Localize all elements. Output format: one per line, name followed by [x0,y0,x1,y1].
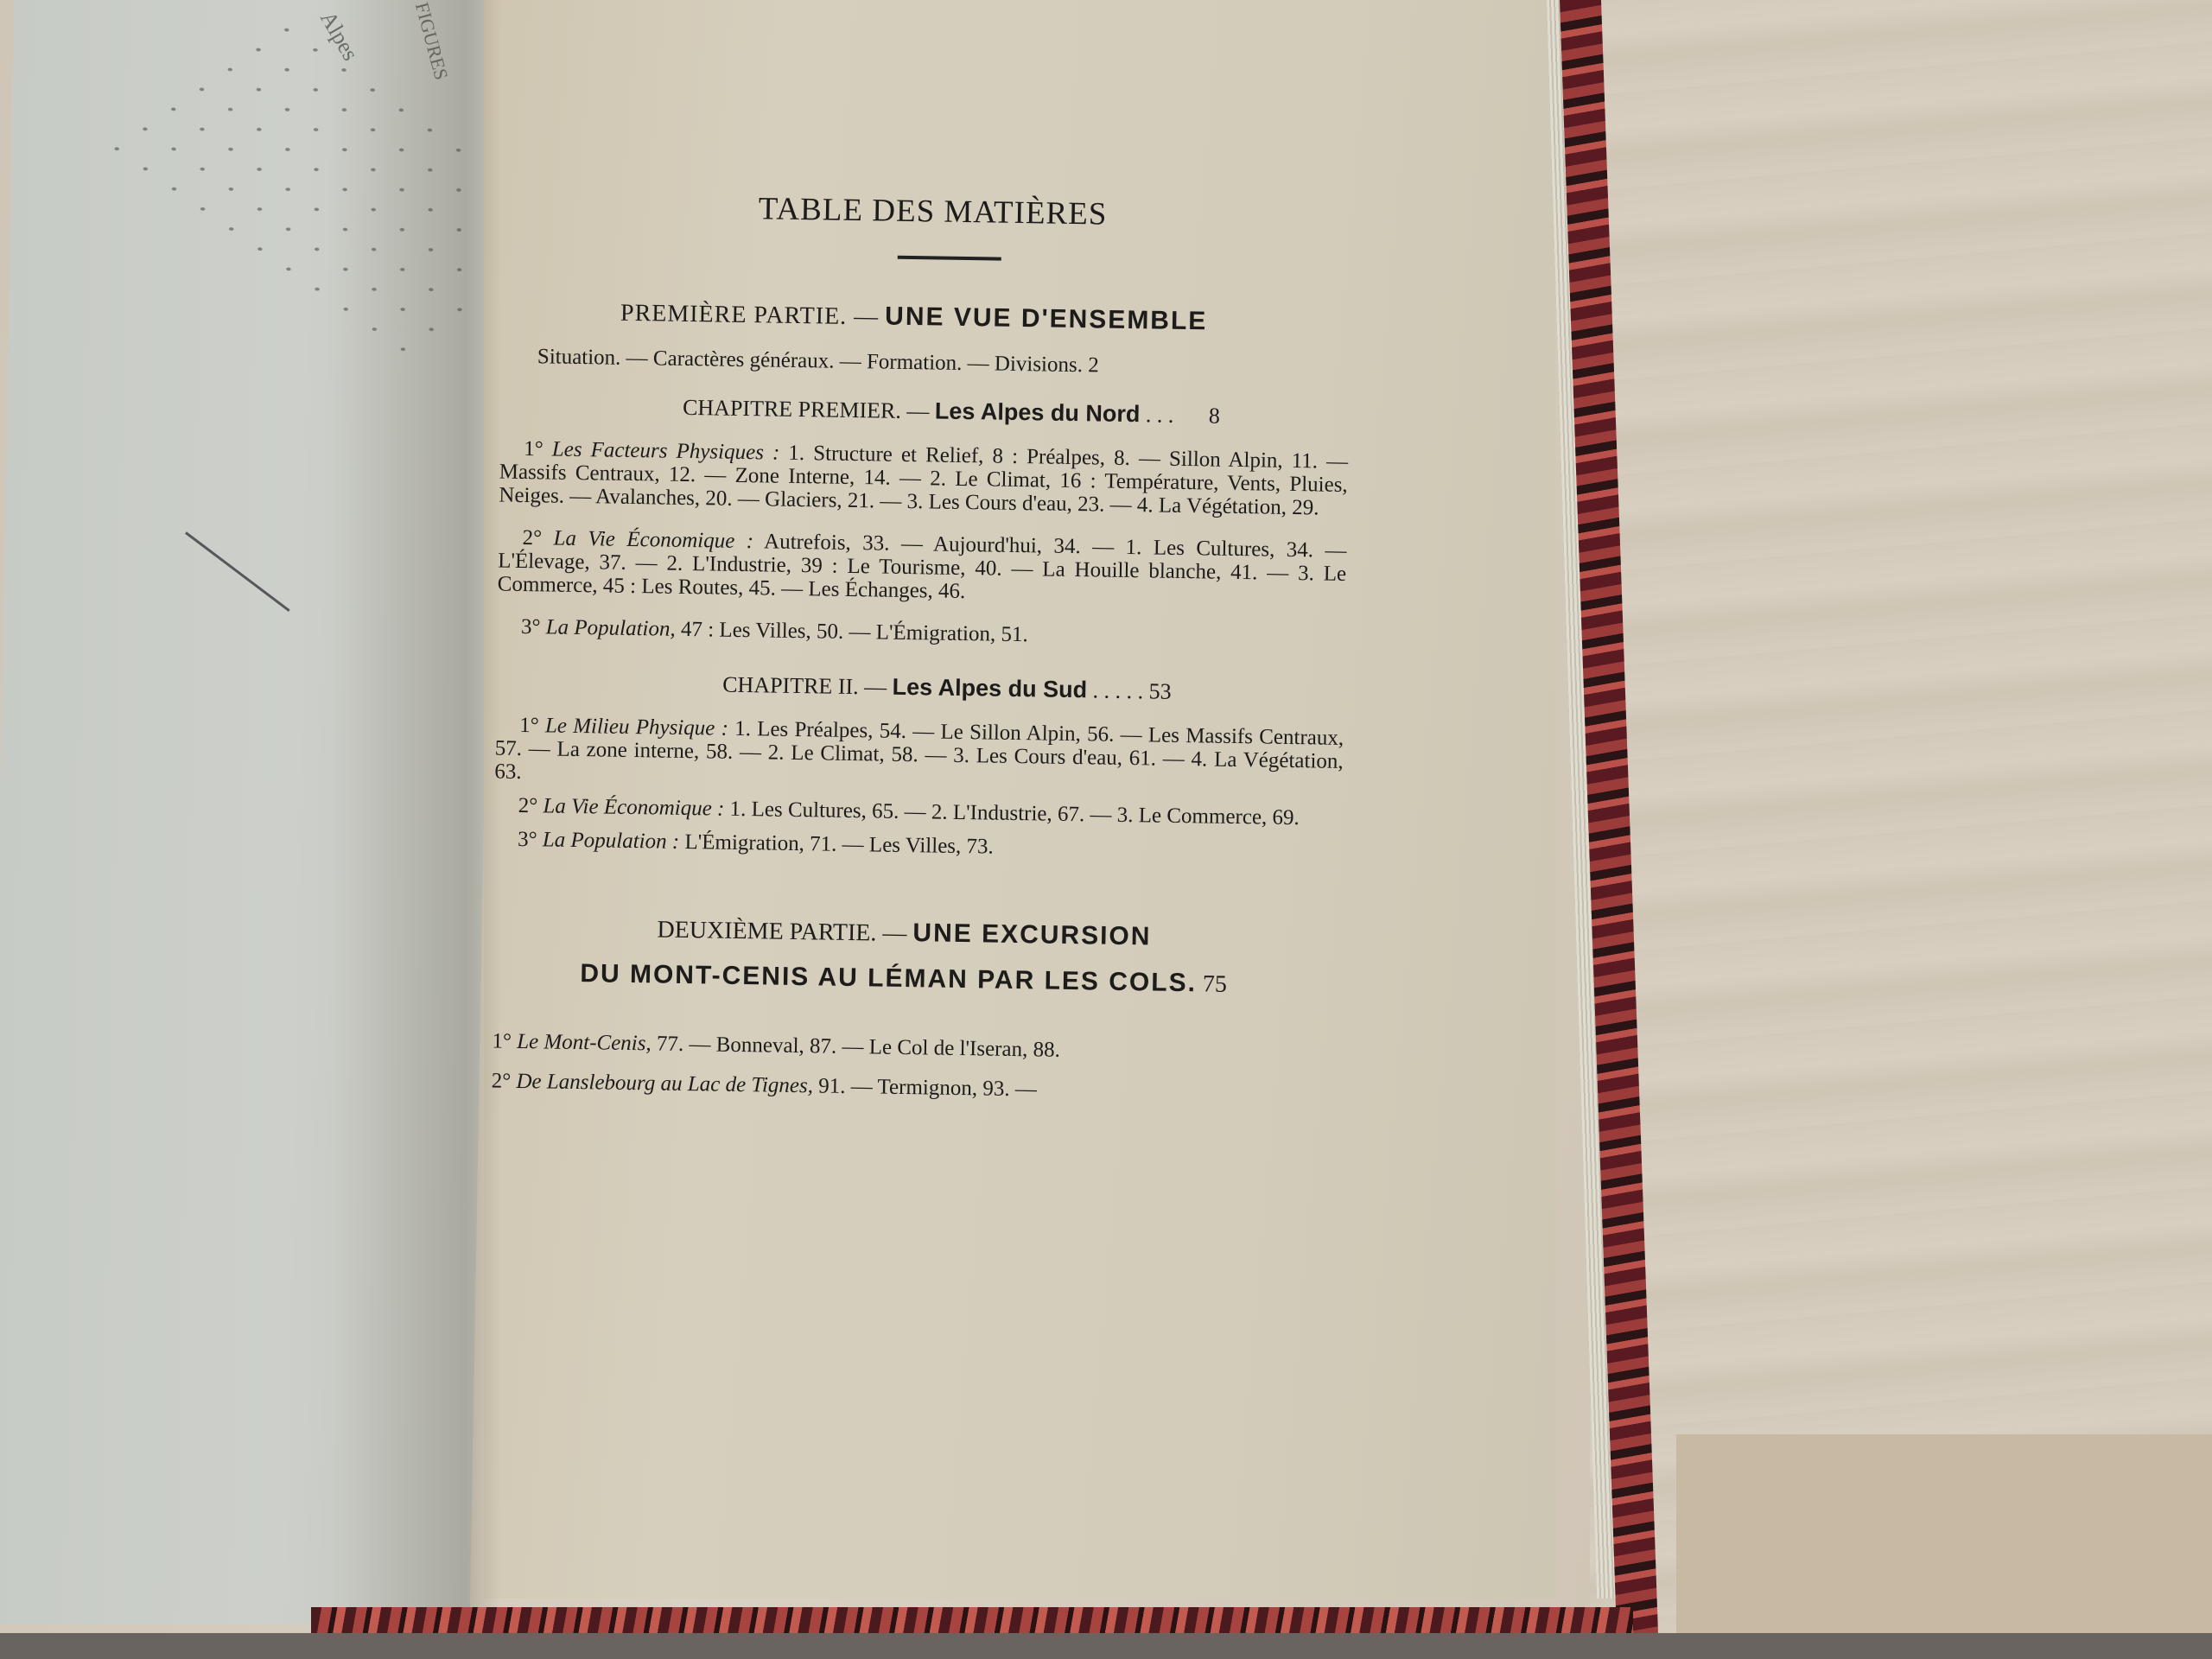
table-shadow-area [1676,1434,2212,1659]
part1-title: UNE VUE D'ENSEMBLE [885,302,1208,336]
section-heading: La Vie Économique : [553,527,753,554]
chapter1-heading: CHAPITRE PREMIER. — Les Alpes du Nord . … [545,391,1357,431]
section-text: 91. — Termignon, 93. — [818,1074,1037,1101]
section-heading: Les Facteurs Physiques : [552,438,780,465]
part1-label: PREMIÈRE PARTIE. — [620,300,880,331]
chapter2-heading: CHAPITRE II. — Les Alpes du Sud . . . . … [541,668,1353,708]
chapter1-page: 8 [1209,403,1220,429]
table-edge-shadow [0,1633,2212,1659]
part2-title-line2: DU MONT-CENIS AU LÉMAN PAR LES COLS. [580,959,1197,997]
chapter1-label: CHAPITRE PREMIER. — [683,395,930,423]
toc-entry: 1° Le Milieu Physique : 1. Les Préalpes,… [494,714,1344,797]
part2-label: DEUXIÈME PARTIE. — [657,916,906,947]
part2-entries: 1° Le Mont-Cenis, 77. — Bonneval, 87. — … [491,1022,1347,1116]
section-number: 1° [519,714,539,737]
part2-heading: DEUXIÈME PARTIE. — UNE EXCURSION DU MONT… [458,904,1350,1009]
chapter2-label: CHAPITRE II. — [722,672,887,700]
section-text: L'Émigration, 71. — Les Villes, 73. [684,830,994,859]
section-heading: De Lanslebourg au Lac de Tignes, [516,1070,813,1097]
chapter1-title: Les Alpes du Nord [935,397,1141,427]
section-text: 47 : Les Villes, 50. — L'Émigration, 51. [681,618,1028,646]
chapter1-leader: . . . [1146,402,1174,428]
part2-title-line1: UNE EXCURSION [912,918,1152,950]
section-number: 3° [518,828,537,851]
table-of-contents: TABLE DES MATIÈRES PREMIÈRE PARTIE. — UN… [456,186,1361,1115]
section-number: 1° [524,437,543,461]
chapter2-title: Les Alpes du Sud [892,674,1087,703]
section-number: 2° [522,526,542,550]
section-heading: Le Mont-Cenis, [517,1030,652,1055]
part1-heading: PREMIÈRE PARTIE. — UNE VUE D'ENSEMBLE [468,296,1358,339]
section-number: 1° [492,1030,512,1053]
toc-entry: 1° Les Facteurs Physiques : 1. Structure… [499,437,1348,520]
section-number: 2° [518,794,538,817]
chapter2-leader: . . . . . [1092,677,1143,703]
section-heading: Le Milieu Physique : [545,714,728,740]
section-text: 1. Les Cultures, 65. — 2. L'Industrie, 6… [729,798,1300,829]
chapter2-page: 53 [1148,678,1171,703]
toc-entry: 2° La Vie Économique : Autrefois, 33. — … [498,526,1347,609]
section-number: 2° [492,1070,512,1093]
section-text: 77. — Bonneval, 87. — Le Col de l'Iseran… [657,1033,1060,1062]
part2-page: 75 [1203,970,1227,997]
part1-intro: Situation. — Caractères généraux. — Form… [537,345,1358,382]
title-rule [898,256,1001,261]
toc-entry: 3° La Population, 47 : Les Villes, 50. —… [497,615,1345,652]
toc-entry: 3° La Population : L'Émigration, 71. — L… [493,828,1342,864]
wooden-table [1590,0,2212,1659]
section-heading: La Population : [543,828,680,853]
section-heading: La Population, [546,615,676,640]
toc-entry: 2° La Vie Économique : 1. Les Cultures, … [494,794,1343,830]
section-heading: La Vie Économique : [543,794,724,820]
section-number: 3° [521,615,541,639]
